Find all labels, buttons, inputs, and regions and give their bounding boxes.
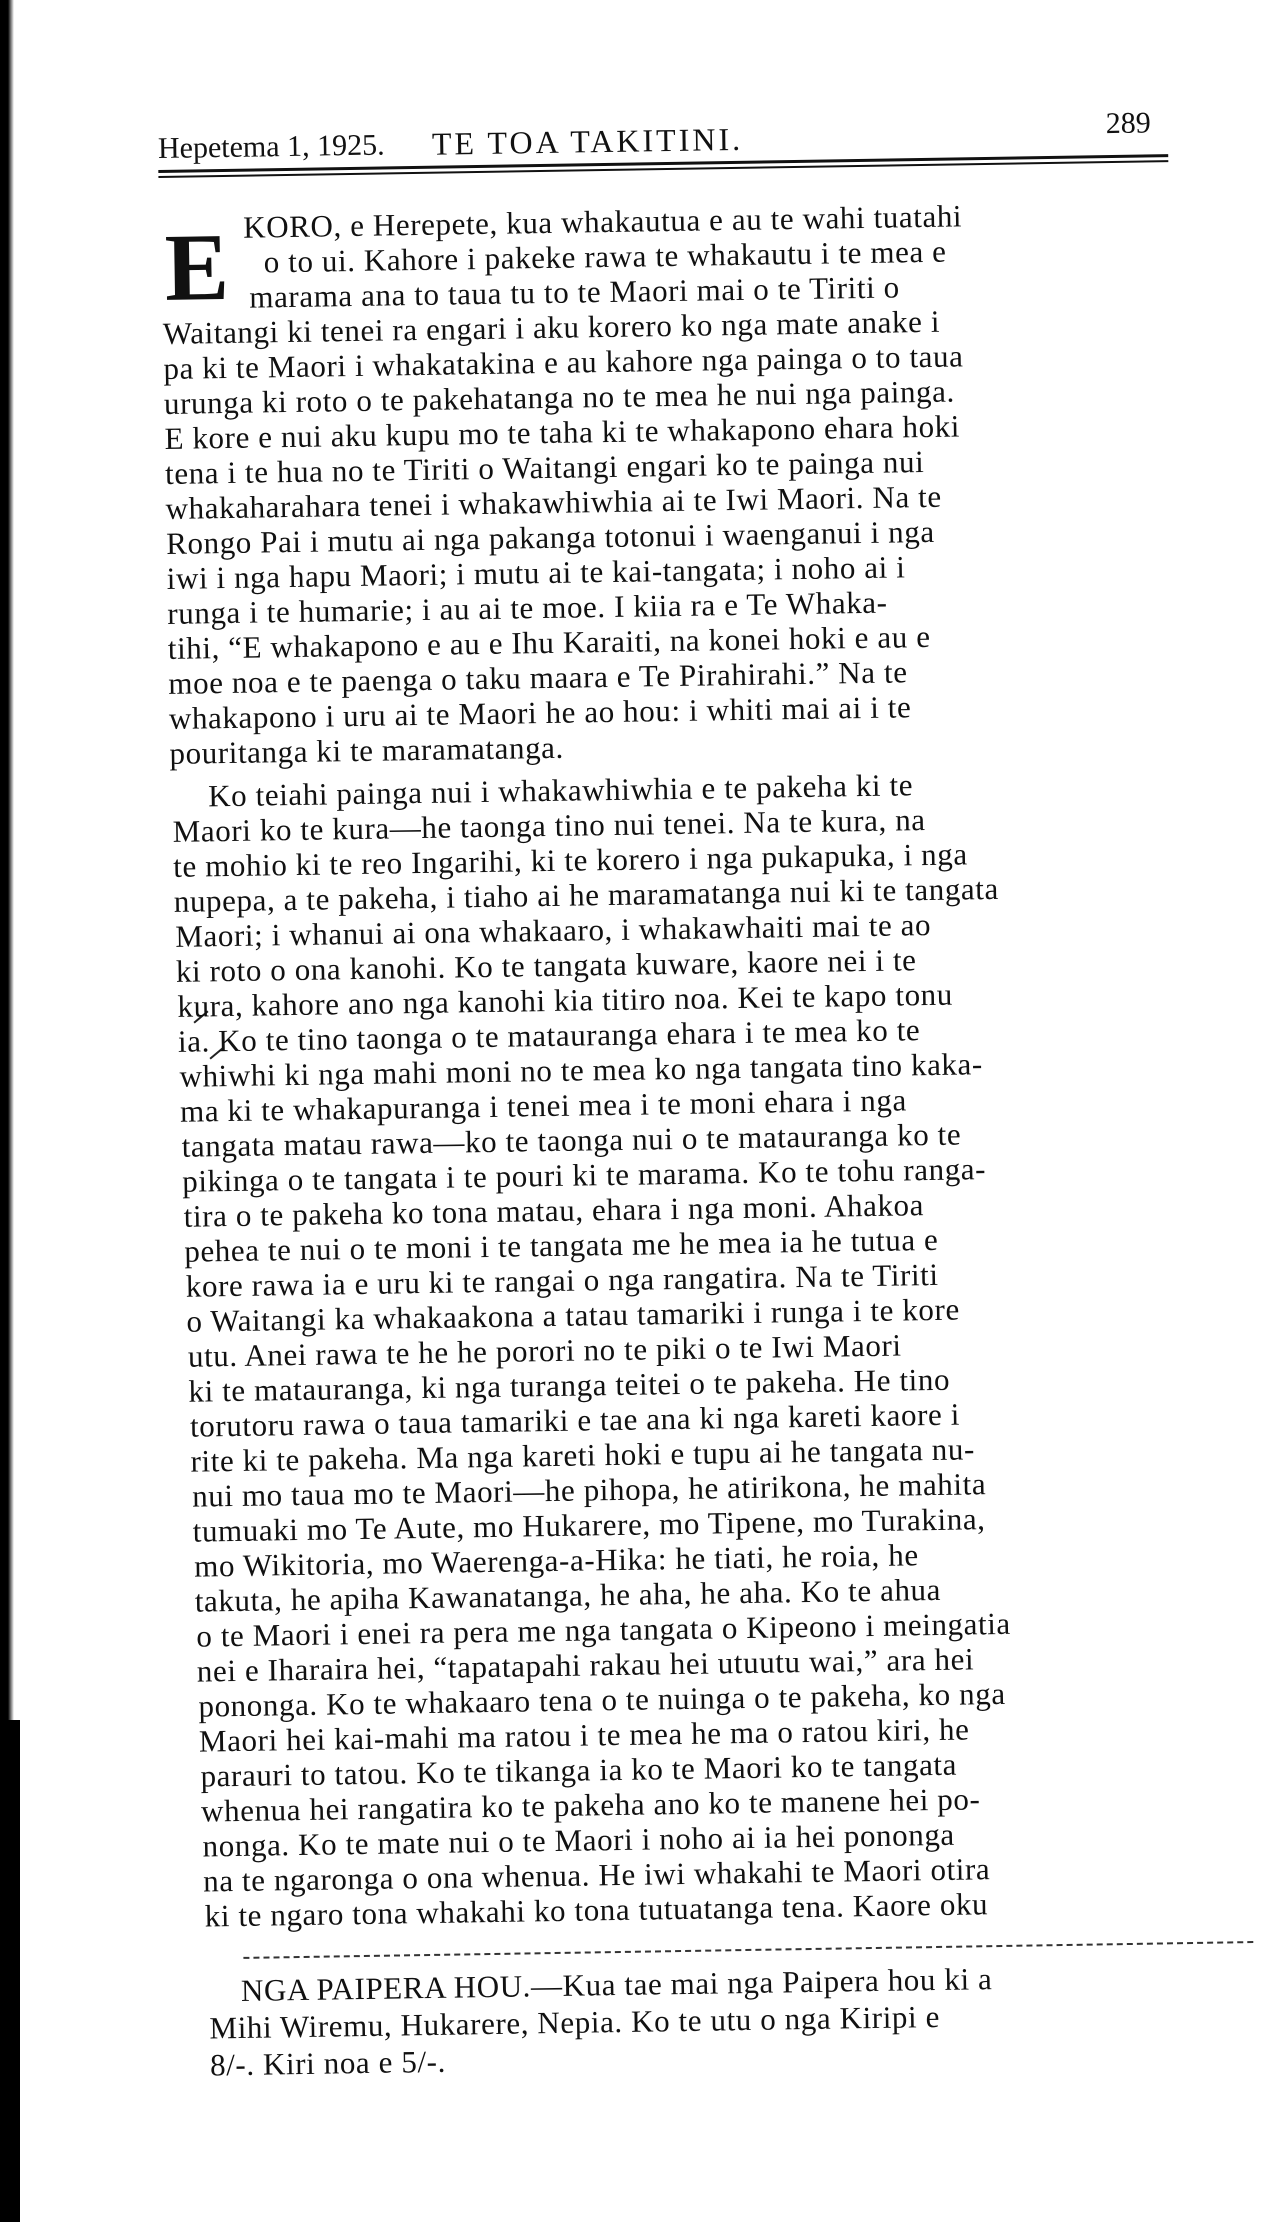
scan-edge-left-bottom <box>6 1720 20 2222</box>
article-paragraph-1: KORO, e Herepete, kua whakautua e au te … <box>0 0 1278 3</box>
page-number: 289 <box>1105 106 1151 141</box>
notice-line: 8/-. Kiri noa e 5/-. <box>210 2045 446 2083</box>
notice-line: Mihi Wiremu, Hukarere, Nepia. Ko te utu … <box>209 2000 940 2045</box>
text-line: pouritanga ki te maramatanga. <box>169 731 564 771</box>
bible-notice: NGA PAIPERA HOU.—Kua tae mai nga Paipera… <box>0 0 1278 3</box>
issue-date: Hepetema 1, 1925. <box>158 128 385 166</box>
section-separator <box>243 1941 1253 1959</box>
publication-title: TE TOA TAKITINI. <box>432 121 744 163</box>
article-paragraph-2: Ko teiahi painga nui i whakawhiwhia e te… <box>0 0 1278 3</box>
newspaper-page: Hepetema 1, 1925. TE TOA TAKITINI. 289 E… <box>0 0 1280 2222</box>
drop-cap: E <box>164 227 229 308</box>
